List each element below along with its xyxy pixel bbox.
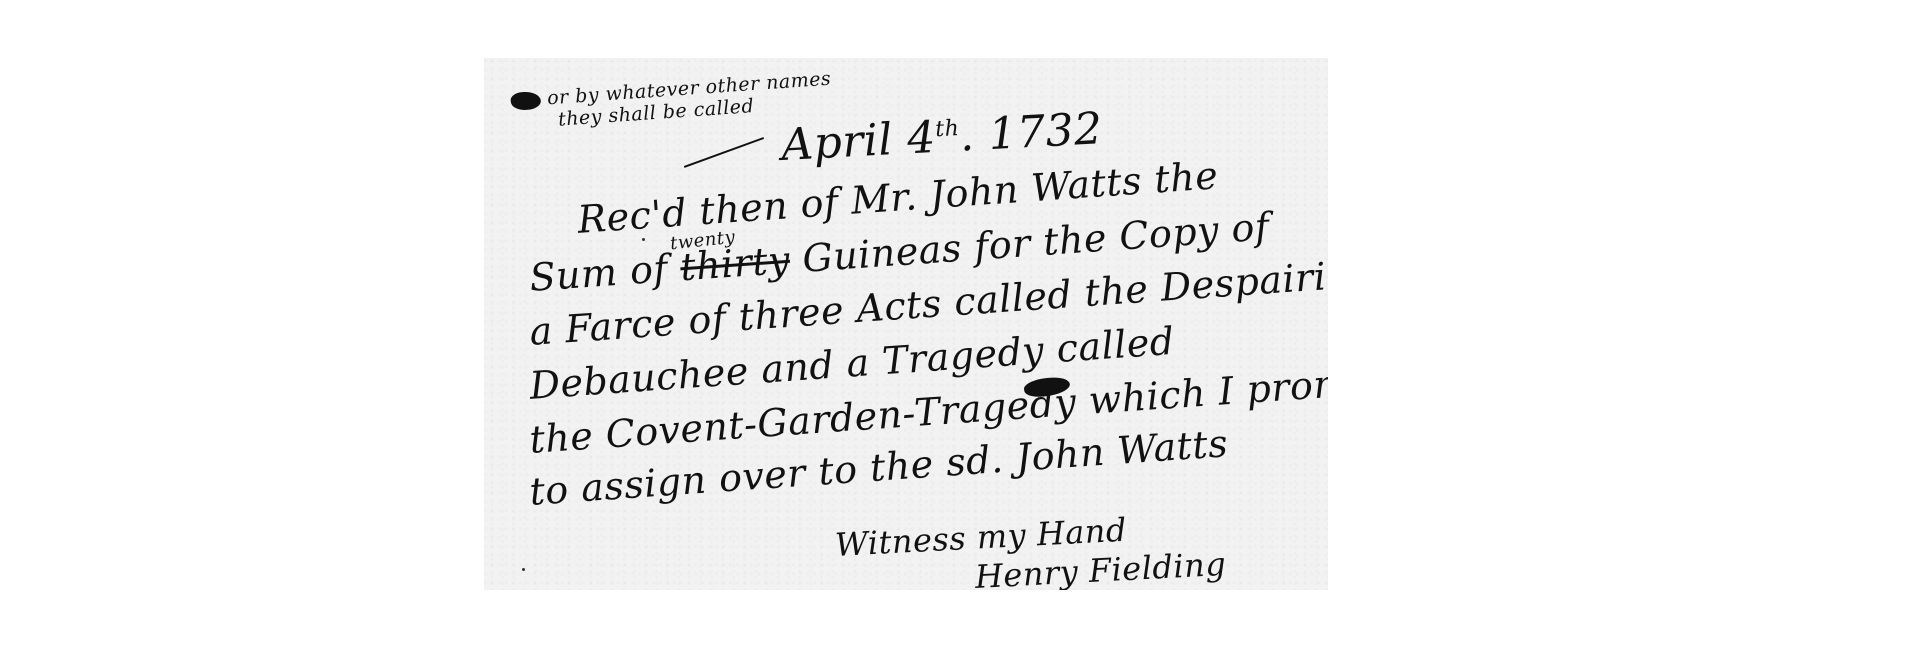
ink-blot-icon (510, 91, 541, 111)
date-month-day: April 4 (780, 112, 937, 171)
ink-dot (522, 568, 525, 571)
flourish-line (684, 137, 765, 168)
body-line-2-start: Sum of (528, 246, 669, 300)
page-canvas: or by whatever other names they shall be… (0, 0, 1920, 650)
ink-dot (642, 238, 645, 241)
date-year: 1732 (987, 103, 1103, 160)
manuscript-paper: or by whatever other names they shall be… (484, 58, 1328, 590)
date-ordinal: th (935, 116, 960, 142)
date: April 4th. 1732 (780, 103, 1104, 171)
